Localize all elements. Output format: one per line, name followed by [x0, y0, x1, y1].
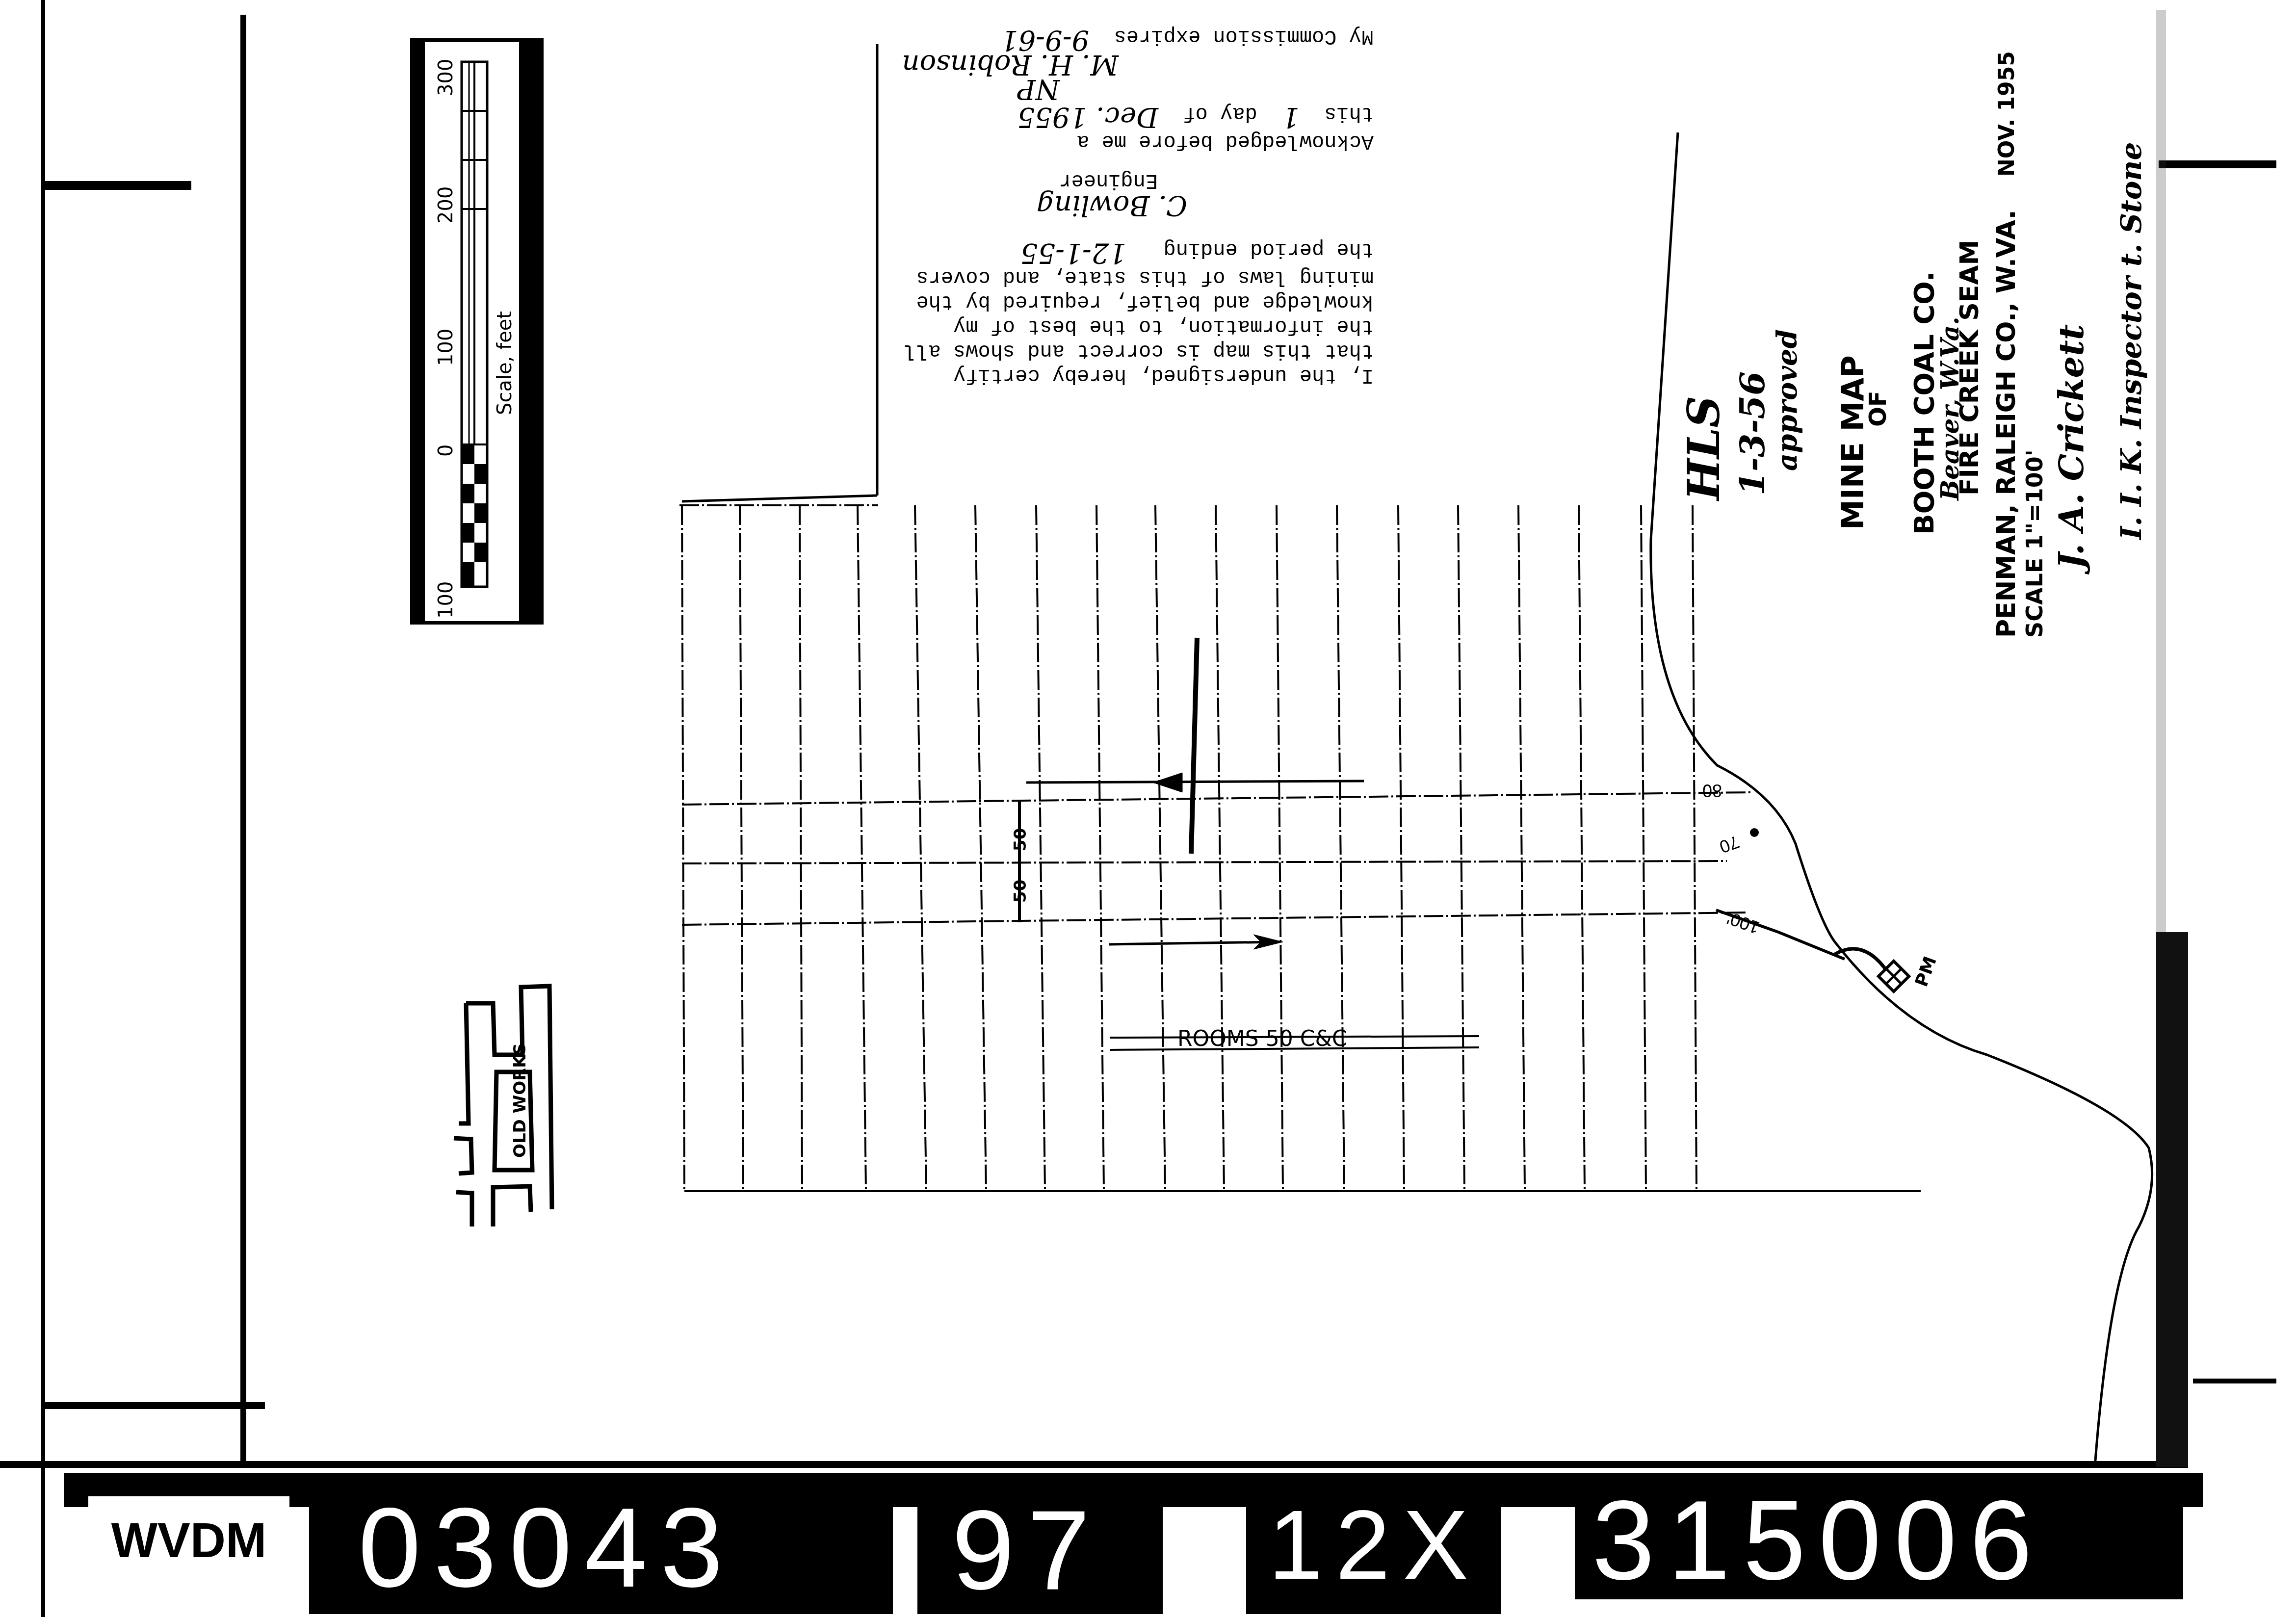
cert-line: I, the undersigned, hereby certify — [888, 363, 1374, 388]
microfilm-strip: WVDM 03043 97 12X 315006 — [64, 1467, 2203, 1617]
title-date: NOV. 1955 — [1994, 51, 2019, 177]
scale-tick-label: 300 — [435, 59, 457, 96]
notary-signature: M. H. Robinson — [888, 52, 1374, 77]
film-number-2: 97 — [952, 1494, 1103, 1607]
old-works-sketch — [454, 986, 552, 1226]
signature-2: I. I. K. Inspector t. Stone — [2114, 142, 2148, 540]
signature-1: J. A. Crickett — [2051, 324, 2091, 569]
scale-tick-label: 100 — [435, 329, 457, 366]
title-of: OF — [1864, 391, 1892, 427]
film-number-4: 315006 — [1592, 1484, 2045, 1597]
engineer-label: Engineer — [888, 168, 1374, 193]
title-mine-map: MINE MAP — [1835, 355, 1871, 530]
scale-tick-label: 200 — [435, 186, 457, 224]
cert-line: mining laws of this state, and covers — [888, 265, 1374, 289]
ack-day: 1 — [1282, 101, 1300, 133]
scale-bar-label: Scale, feet — [494, 311, 516, 415]
ack-month: Dec. 1955 — [1018, 101, 1159, 133]
dimension-label: 50 — [1011, 828, 1030, 851]
engineer-certificate: I, the undersigned, hereby certify that … — [888, 44, 1374, 500]
scale-tick-label: 0 — [435, 444, 457, 457]
film-agency-label: WVDM — [88, 1496, 289, 1585]
hls-approved: approved — [1771, 329, 1803, 471]
rooms-label: ROOMS 50 C&C — [1177, 1026, 1347, 1051]
distance-label: 80 — [1702, 780, 1722, 801]
commission-date: 9-9-61 — [1001, 24, 1089, 56]
hls-initials: HLS — [1678, 396, 1730, 500]
scale-bar: 100 0 100 200 300 Scale, feet — [410, 38, 544, 625]
old-works-label: OLD WORKS — [510, 1043, 530, 1158]
title-scale: SCALE 1"=100' — [2021, 449, 2048, 638]
cert-line: the information, to the best of my — [888, 314, 1374, 339]
ack-day-of: day of — [1183, 102, 1257, 125]
scale-tick-label: 100 — [435, 581, 457, 619]
right-edge-shadow — [2156, 932, 2188, 1467]
ack-this: this — [1324, 102, 1374, 125]
engineer-signature: C. Bowling — [888, 193, 1374, 217]
title-seam: FIRE CREEK SEAM — [1955, 240, 1984, 496]
cert-line: that this map is correct and shows all — [888, 339, 1374, 363]
film-number-1: 03043 — [358, 1491, 736, 1604]
dimension-label: 50 — [1011, 880, 1030, 903]
title-location: PENMAN, RALEIGH CO., W.VA. — [1992, 210, 2021, 638]
film-number-3: 12X — [1268, 1496, 1481, 1594]
cert-line: knowledge and belief, required by the — [888, 289, 1374, 314]
commission-label: My Commission expires — [1114, 25, 1374, 48]
cert-line: the period ending — [1164, 237, 1374, 261]
hls-date: 1-3-56 — [1732, 371, 1773, 496]
period-ending-date: 12-1-55 — [1020, 237, 1126, 269]
